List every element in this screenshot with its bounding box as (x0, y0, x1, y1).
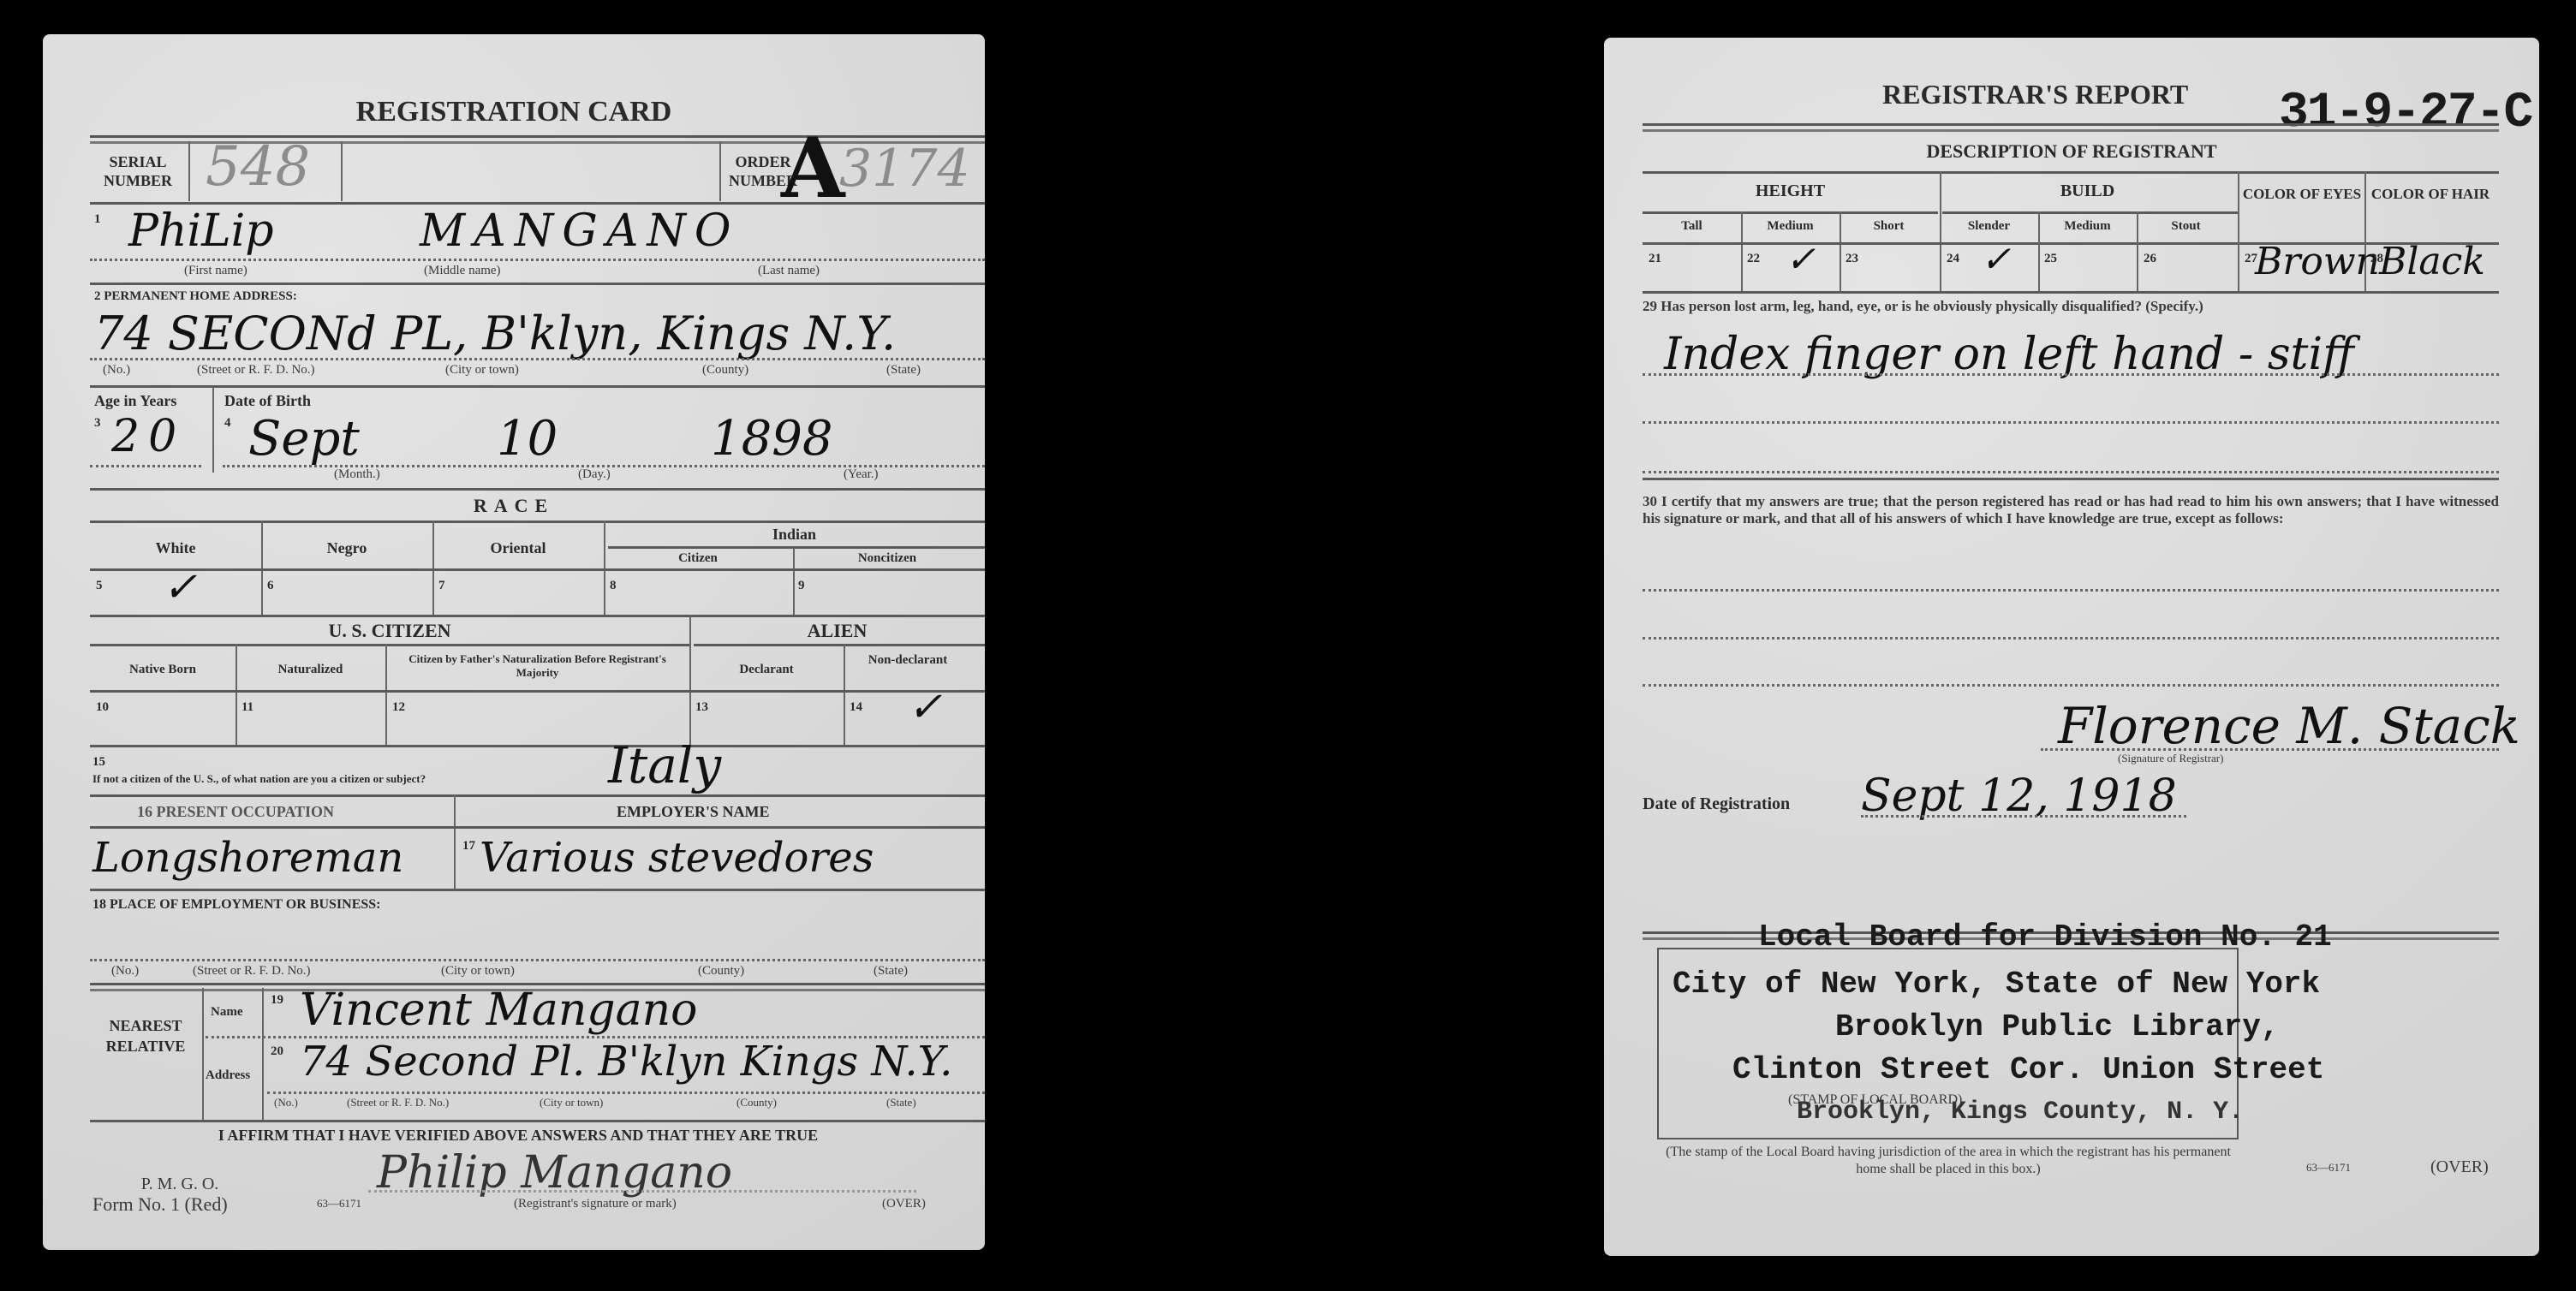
order-number: 3174 (839, 139, 970, 199)
height-medium-check: ✓ (1786, 238, 1816, 280)
rel-sublabel-street: (Street or R. F. D. No.) (347, 1096, 449, 1110)
race-num-7: 7 (438, 579, 445, 593)
employer-num: 17 (462, 839, 475, 854)
eye-color: Brown (2255, 240, 2380, 283)
build-num-26: 26 (2144, 252, 2156, 266)
hair-color: Black (2379, 240, 2485, 283)
cit-col-father: Citizen by Father's Naturalization Befor… (390, 652, 685, 680)
age-num: 3 (94, 416, 101, 431)
form-pmgo: P. M. G. O. (86, 1175, 274, 1194)
signature-label: (Registrant's signature or mark) (514, 1197, 677, 1211)
relative-address-label: Address (206, 1068, 250, 1083)
race-white-check: ✓ (163, 563, 197, 611)
print-code: 63—6171 (317, 1197, 361, 1211)
build-num-24: 24 (1947, 252, 1959, 266)
race-col-white: White (90, 539, 261, 557)
height-col-short: Short (1840, 219, 1938, 234)
dob-year-label: (Year.) (844, 467, 879, 482)
occupation-value: Longshoreman (92, 834, 403, 882)
last-name-label: (Last name) (758, 264, 820, 278)
print-code-back: 63—6171 (2306, 1161, 2351, 1175)
race-col-indian-citizen: Citizen (604, 551, 792, 566)
employer-value: Various stevedores (480, 834, 874, 882)
cit-num-12: 12 (392, 700, 405, 715)
eyes-title: COLOR OF EYES (2242, 185, 2362, 204)
employer-label: EMPLOYER'S NAME (617, 803, 770, 821)
q15-num: 15 (92, 755, 105, 770)
last-name: MANGANO (420, 205, 740, 257)
build-title: BUILD (1940, 181, 2235, 201)
registration-date: Sept 12, 1918 (1861, 770, 2177, 822)
dob-day: 10 (497, 411, 558, 467)
build-num-25: 25 (2044, 252, 2057, 266)
q1-number: 1 (94, 212, 101, 227)
race-num-6: 6 (267, 579, 274, 593)
registrar-signature: Florence M. Stack (2058, 697, 2520, 755)
rel-sublabel-city: (City or town) (540, 1096, 603, 1110)
over-label-back: (OVER) (2430, 1157, 2489, 1177)
q18-sublabel-street: (Street or R. F. D. No.) (193, 964, 311, 979)
stamp-line-2: City of New York, State of New York (1673, 967, 2320, 1002)
stamp-line-1: Local Board for Division No. 21 (1758, 919, 2332, 955)
alien-title: ALIEN (689, 620, 985, 642)
cit-col-naturalized: Naturalized (236, 663, 385, 677)
race-num-9: 9 (798, 579, 805, 593)
race-num-8: 8 (610, 579, 617, 593)
registration-card-front: REGISTRATION CARD SERIAL NUMBER 548 ORDE… (43, 34, 985, 1250)
stamp-line-3: Brooklyn Public Library, (1835, 1009, 2279, 1044)
cit-num-13: 13 (695, 700, 708, 715)
dob-day-label: (Day.) (578, 467, 611, 482)
serial-number: 548 (206, 135, 310, 199)
height-num-21: 21 (1649, 252, 1661, 266)
relative-address-num: 20 (271, 1044, 283, 1059)
cit-col-native: Native Born (90, 663, 236, 677)
q29-label: 29 Has person lost arm, leg, hand, eye, … (1643, 298, 2499, 315)
form-number: Form No. 1 (Red) (92, 1193, 228, 1216)
relative-name-label: Name (211, 1005, 243, 1020)
race-col-oriental: Oriental (432, 539, 604, 557)
rel-sublabel-no: (No.) (274, 1096, 298, 1110)
occupation-label: 16 PRESENT OCCUPATION (137, 803, 334, 821)
age-value: 20 (111, 411, 185, 462)
q18-label: 18 PLACE OF EMPLOYMENT OR BUSINESS: (92, 897, 380, 913)
us-citizen-title: U. S. CITIZEN (90, 620, 689, 642)
relative-label: NEAREST RELATIVE (90, 1015, 201, 1056)
q15-label: If not a citizen of the U. S., of what n… (92, 772, 426, 786)
height-col-tall: Tall (1643, 219, 1741, 234)
race-col-negro: Negro (261, 539, 432, 557)
date-label: Date of Registration (1643, 794, 1790, 814)
race-title: RACE (43, 495, 985, 517)
dob-label: Date of Birth (224, 392, 311, 410)
q18-sublabel-county: (County) (698, 964, 744, 979)
dob-month-label: (Month.) (334, 467, 380, 482)
build-col-slender: Slender (1940, 219, 2038, 234)
race-col-indian-noncitizen: Noncitizen (793, 551, 981, 566)
dob-month: Sept (248, 411, 360, 467)
q18-sublabel-state: (State) (874, 964, 908, 979)
relative-name: Vincent Mangano (300, 985, 697, 1036)
cit-num-11: 11 (241, 700, 253, 715)
middle-name-label: (Middle name) (424, 264, 501, 278)
hair-title: COLOR OF HAIR (2366, 185, 2495, 204)
dob-num: 4 (224, 416, 231, 431)
address-sublabel-street: (Street or R. F. D. No.) (197, 363, 315, 378)
serial-label: SERIAL NUMBER (92, 152, 183, 190)
description-title: DESCRIPTION OF REGISTRANT (1604, 140, 2539, 163)
address-label: 2 PERMANENT HOME ADDRESS: (94, 289, 297, 304)
registrar-signature-label: (Signature of Registrar) (2118, 752, 2223, 765)
nondeclarant-check: ✓ (908, 683, 942, 731)
address-sublabel-state: (State) (886, 363, 921, 378)
address-sublabel-no: (No.) (103, 363, 130, 378)
dob-year: 1898 (711, 411, 833, 467)
rel-sublabel-state: (State) (886, 1096, 916, 1110)
height-title: HEIGHT (1643, 181, 1938, 201)
stamp-line-4: Clinton Street Cor. Union Street (1732, 1052, 2324, 1087)
q18-sublabel-city: (City or town) (441, 964, 515, 979)
q30-text: 30 I certify that my answers are true; t… (1643, 493, 2499, 527)
registrars-report-back: REGISTRAR'S REPORT 31-9-27-C DESCRIPTION… (1604, 38, 2539, 1256)
q29-answer: Index finger on left hand - stiff (1664, 329, 2354, 380)
cit-col-declarant: Declarant (689, 663, 844, 677)
build-col-stout: Stout (2137, 219, 2235, 234)
stamp-number: 31-9-27-C (2279, 86, 2531, 141)
address-sublabel-city: (City or town) (445, 363, 519, 378)
age-label: Age in Years (94, 392, 176, 410)
report-title: REGISTRAR'S REPORT (1882, 79, 2188, 110)
address-sublabel-county: (County) (702, 363, 748, 378)
cit-col-nondeclarant: Non-declarant (856, 652, 959, 668)
relative-name-num: 19 (271, 993, 283, 1008)
race-num-5: 5 (96, 579, 103, 593)
height-num-23: 23 (1846, 252, 1858, 266)
affirm-text: I AFFIRM THAT I HAVE VERIFIED ABOVE ANSW… (90, 1127, 946, 1145)
over-label: (OVER) (882, 1197, 926, 1211)
build-medium-check: ✓ (1981, 238, 2011, 280)
height-num-22: 22 (1747, 252, 1760, 266)
nationality-value: Italy (608, 736, 721, 794)
race-col-indian: Indian (604, 526, 985, 544)
stamp-note: (The stamp of the Local Board having jur… (1657, 1144, 2239, 1178)
cit-num-14: 14 (850, 700, 862, 715)
rel-sublabel-county: (County) (736, 1096, 777, 1110)
q18-sublabel-no: (No.) (111, 964, 139, 979)
relative-address: 74 Second Pl. B'klyn Kings N.Y. (300, 1038, 952, 1086)
build-col-medium: Medium (2038, 219, 2137, 234)
cit-num-10: 10 (96, 700, 109, 715)
first-name-label: (First name) (184, 264, 247, 278)
home-address: 74 SECONd PL, B'klyn, Kings N.Y. (94, 306, 896, 360)
stamp-box-label: (STAMP OF LOCAL BOARD) (1788, 1092, 1962, 1108)
height-col-medium: Medium (1741, 219, 1840, 234)
first-name: PhiLip (128, 205, 274, 257)
